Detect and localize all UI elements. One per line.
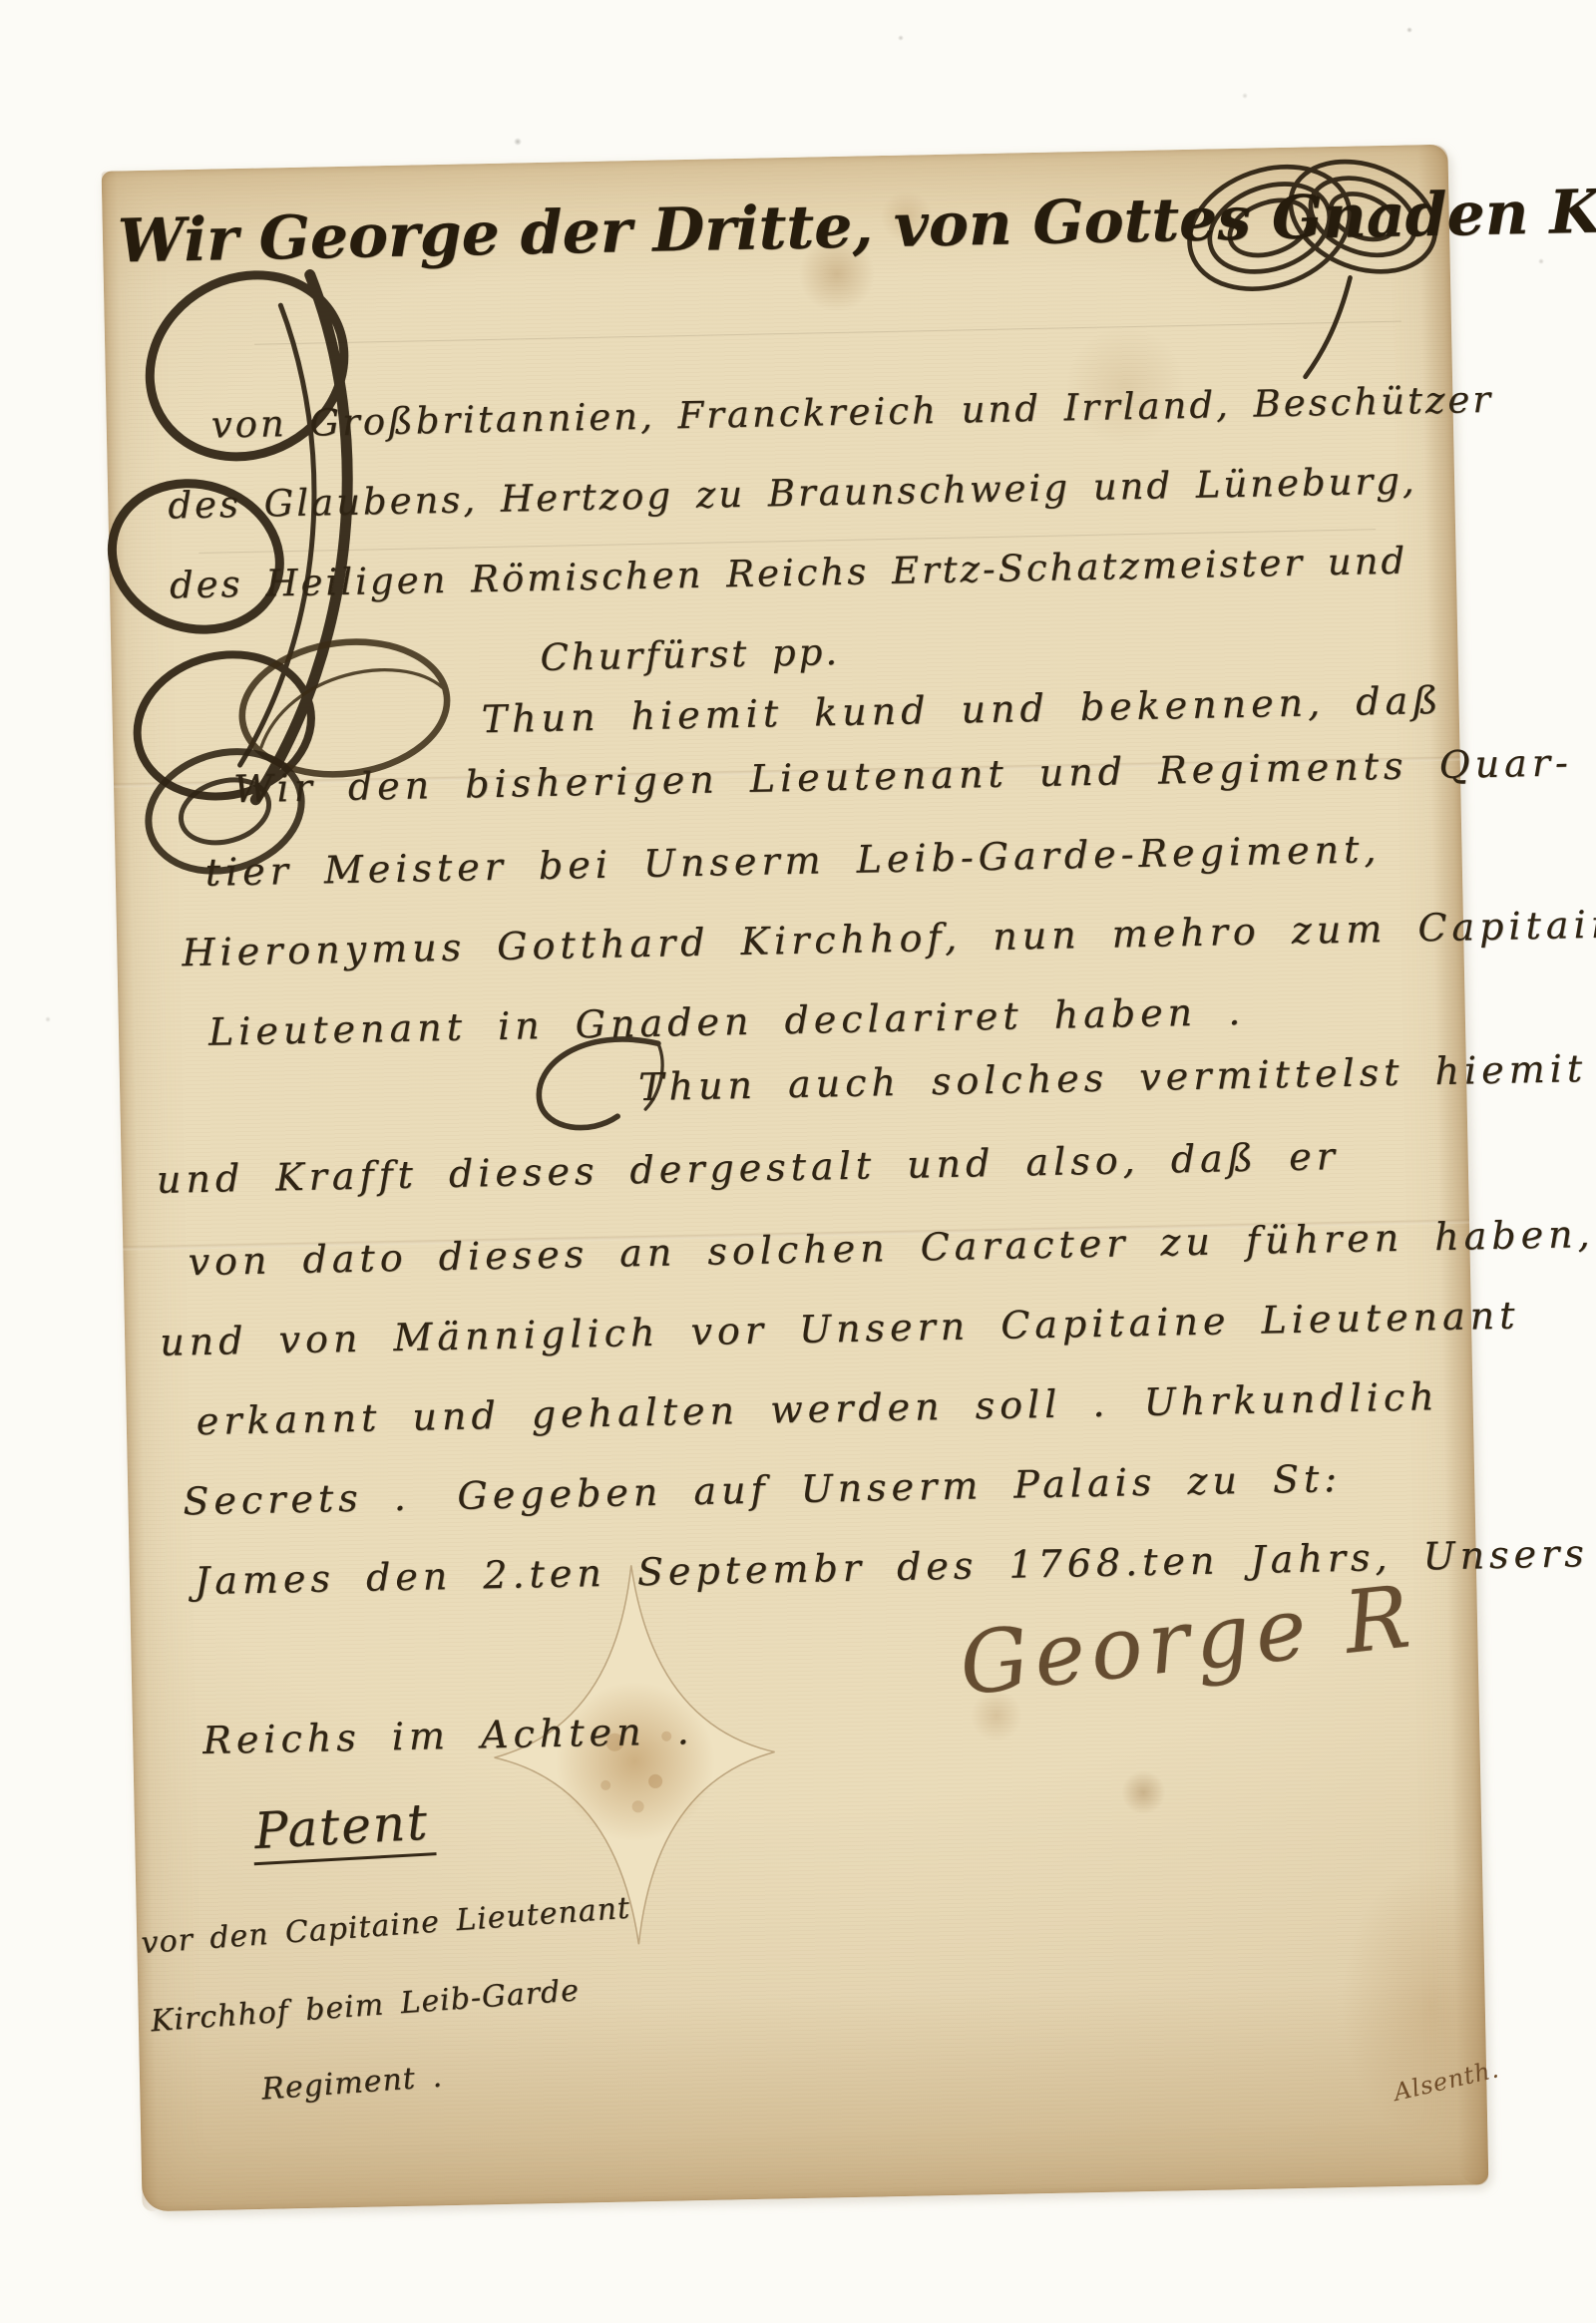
koenig-loop-flourish-icon [1160,132,1464,387]
royal-signature: George R [955,1567,1420,1716]
docket-line-2: Kirchhof beim Leib-Garde [150,1973,581,2039]
body-line-7: und Krafft dieses dergestalt und also, d… [156,1134,1340,1202]
body-line-8: von dato dieses an solchen Caracter zu f… [188,1212,1595,1284]
docket-line-3: Regiment . [260,2060,444,2108]
body-line-9: und von Männiglich vor Unsern Capitaine … [160,1293,1520,1363]
scan-background: { "colors": { "scan_background": "#fcfbf… [0,0,1596,2323]
body-line-11b: Gegeben auf Unserm Palais zu St: [457,1456,1343,1518]
body-line-5: Lieutenant in Gnaden declariret haben . [208,989,1246,1054]
body-line-11: Secrets . [183,1475,411,1524]
body-line-10b: Uhrkundlich [1143,1374,1439,1424]
body-line-4: Hieronymus Gotthard Kirchhof, nun mehro … [182,901,1596,974]
docket-title: Patent [250,1792,436,1865]
body-line-10: erkannt und gehalten werden soll . [196,1381,1109,1443]
heading-line-5: Churfürst pp. [540,630,840,679]
body-line-1: Thun hiemit kund und bekennen, daß [481,678,1443,741]
paper-right-edge-shade [1417,145,1488,2185]
body-line-3: tier Meister bei Unserm Leib-Garde-Regim… [204,827,1381,895]
document-paper: Wir George der Dritte, von Gottes Gnaden… [102,145,1489,2212]
